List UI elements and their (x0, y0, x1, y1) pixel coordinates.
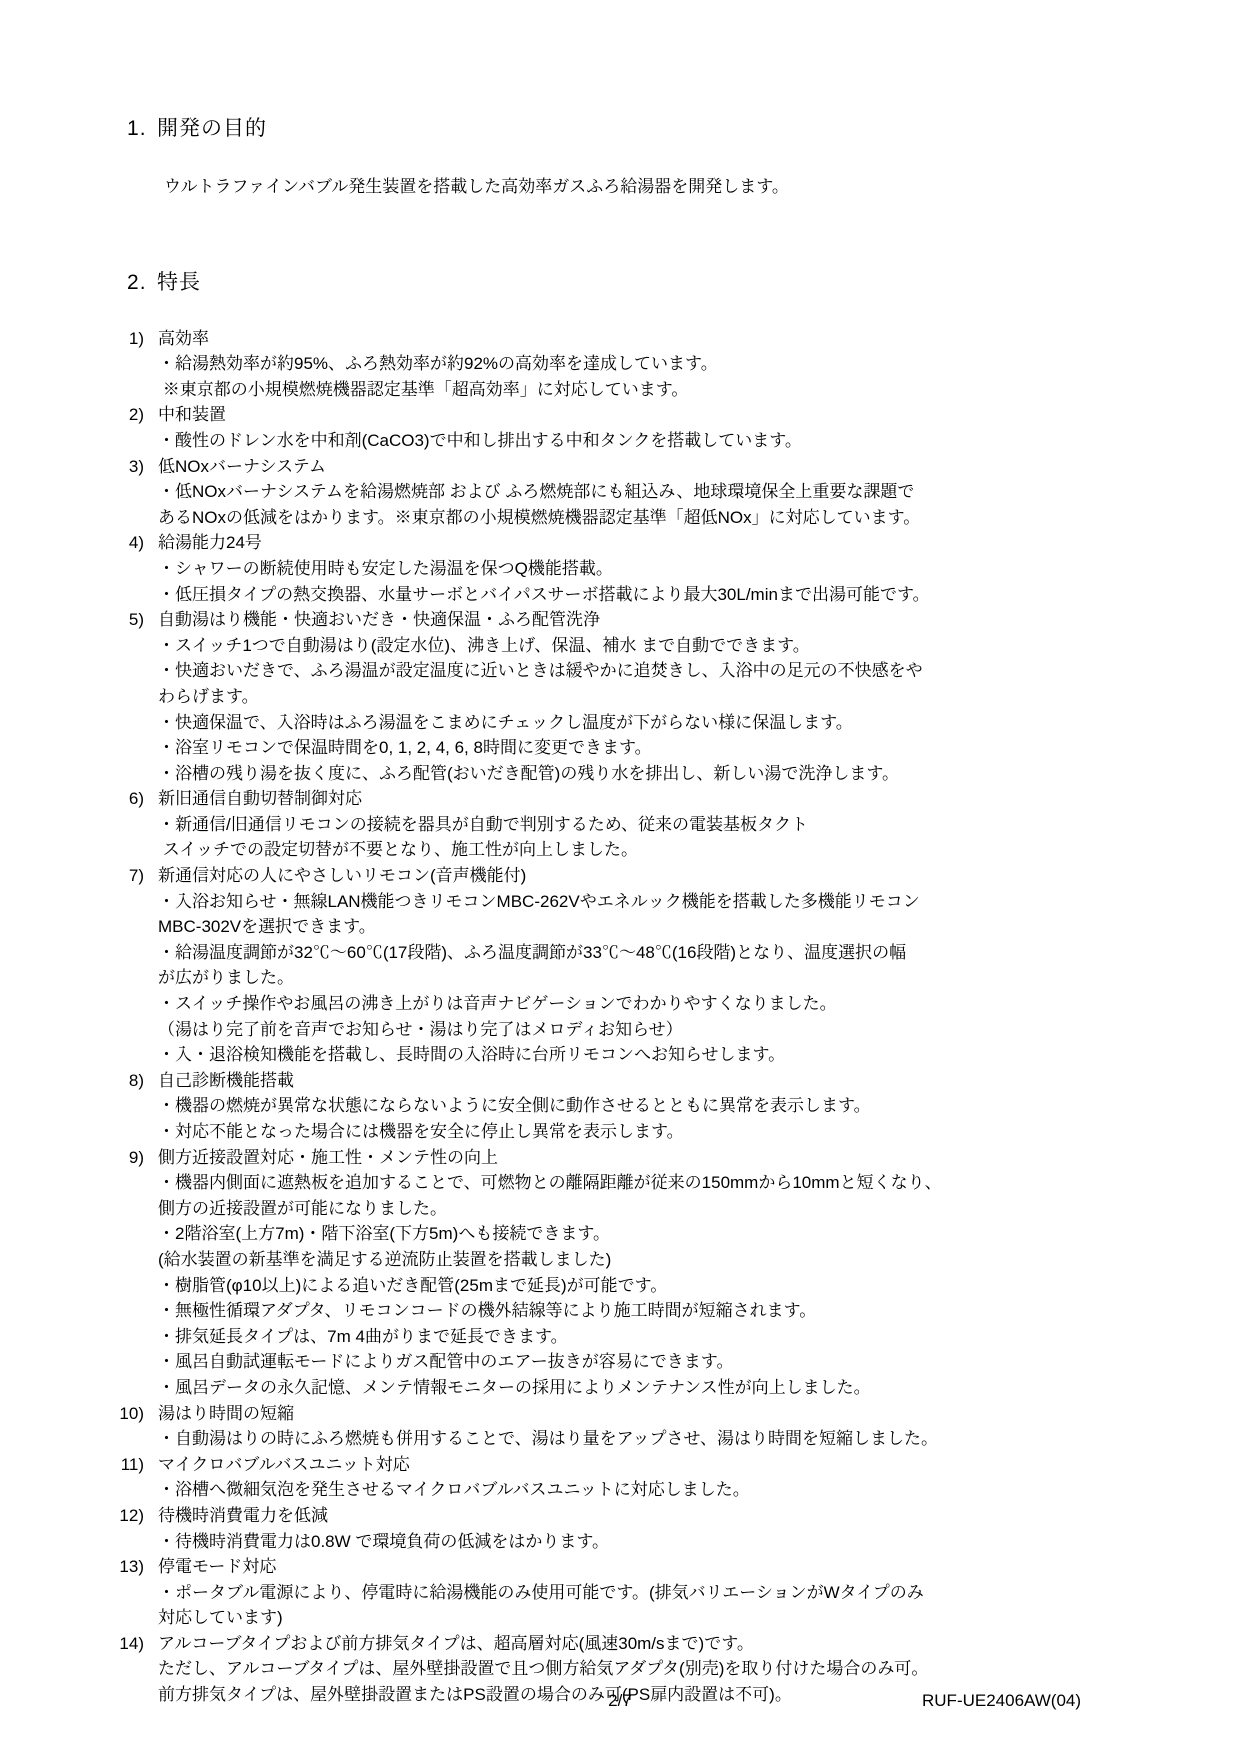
feature-line: わらげます。 (158, 684, 1240, 710)
feature-line: （湯はり完了前を音声でお知らせ・湯はり完了はメロディお知らせ） (158, 1017, 1240, 1043)
feature-line: ・入浴お知らせ・無線LAN機能つきリモコンMBC-262Vやエネルック機能を搭載… (158, 889, 1240, 915)
feature-item-title: 湯はり時間の短縮 (158, 1401, 1240, 1427)
doc-number: RUF-UE2406AW(04) (922, 1690, 1081, 1712)
feature-item: 10) 湯はり時間の短縮 ・自動湯はりの時にふろ燃焼も併用することで、湯はり量を… (0, 1401, 1240, 1452)
feature-item: 5) 自動湯はり機能・快適おいだき・快適保温・ふろ配管洗浄 ・スイッチ1つで自動… (0, 607, 1240, 786)
features-list: 1) 高効率 ・給湯熱効率が約95%、ふろ熱効率が約92%の高効率を達成していま… (0, 326, 1240, 1708)
feature-line: ・浴槽の残り湯を抜く度に、ふろ配管(おいだき配管)の残り水を排出し、新しい湯で洗… (158, 761, 1240, 787)
feature-item: 9) 側方近接設置対応・施工性・メンテ性の向上 ・機器内側面に遮熱板を追加するこ… (0, 1145, 1240, 1401)
document-page: 1.開発の目的 ウルトラファインバブル発生装置を搭載した高効率ガスふろ給湯器を開… (0, 0, 1240, 1754)
feature-item: 3) 低NOxバーナシステム ・低NOxバーナシステムを給湯燃焼部 および ふろ… (0, 454, 1240, 531)
feature-line: あるNOxの低減をはかります。※東京都の小規模燃焼機器認定基準「超低NOx」に対… (158, 505, 1240, 531)
feature-line: ・酸性のドレン水を中和剤(CaCO3)で中和し排出する中和タンクを搭載しています… (158, 428, 1240, 454)
feature-item-title: アルコーブタイプおよび前方排気タイプは、超高層対応(風速30m/sまで)です。 (158, 1631, 1240, 1657)
feature-line: ・対応不能となった場合には機器を安全に停止し異常を表示します。 (158, 1119, 1240, 1145)
feature-line: ・スイッチ操作やお風呂の沸き上がりは音声ナビゲーションでわかりやすくなりました。 (158, 991, 1240, 1017)
feature-item-title: 中和装置 (158, 402, 1240, 428)
feature-item-body: 湯はり時間の短縮 ・自動湯はりの時にふろ燃焼も併用することで、湯はり量をアップさ… (158, 1401, 1240, 1452)
feature-item-number: 5) (100, 607, 158, 633)
feature-line: ・風呂自動試運転モードによりガス配管中のエアー抜きが容易にできます。 (158, 1349, 1240, 1375)
feature-line: ・自動湯はりの時にふろ燃焼も併用することで、湯はり量をアップさせ、湯はり時間を短… (158, 1426, 1240, 1452)
feature-item-number: 13) (100, 1554, 158, 1580)
section-2-title: 特長 (157, 271, 201, 294)
feature-line: ・入・退浴検知機能を搭載し、長時間の入浴時に台所リモコンへお知らせします。 (158, 1042, 1240, 1068)
feature-line: ・風呂データの永久記憶、メンテ情報モニターの採用によりメンテナンス性が向上しまし… (158, 1375, 1240, 1401)
feature-item-body: マイクロバブルバスユニット対応 ・浴槽へ微細気泡を発生させるマイクロバブルバスユ… (158, 1452, 1240, 1503)
feature-item-number: 10) (100, 1401, 158, 1427)
feature-line: ・新通信/旧通信リモコンの接続を器具が自動で判別するため、従来の電装基板タクト (158, 812, 1240, 838)
feature-item: 8) 自己診断機能搭載 ・機器の燃焼が異常な状態にならないように安全側に動作させ… (0, 1068, 1240, 1145)
feature-line: 側方の近接設置が可能になりました。 (158, 1196, 1240, 1222)
feature-item-body: 高効率 ・給湯熱効率が約95%、ふろ熱効率が約92%の高効率を達成しています。 … (158, 326, 1240, 403)
feature-line: ・シャワーの断続使用時も安定した湯温を保つQ機能搭載。 (158, 556, 1240, 582)
feature-item-title: 停電モード対応 (158, 1554, 1240, 1580)
feature-line: ・無極性循環アダプタ、リモコンコードの機外結線等により施工時間が短縮されます。 (158, 1298, 1240, 1324)
feature-item: 13) 停電モード対応 ・ポータブル電源により、停電時に給湯機能のみ使用可能です… (0, 1554, 1240, 1631)
feature-line: ・快適保温で、入浴時はふろ湯温をこまめにチェックし温度が下がらない様に保温します… (158, 710, 1240, 736)
feature-line: ・ポータブル電源により、停電時に給湯機能のみ使用可能です。(排気バリエーションが… (158, 1580, 1240, 1606)
feature-line: ・給湯熱効率が約95%、ふろ熱効率が約92%の高効率を達成しています。 (158, 351, 1240, 377)
feature-item-number: 8) (100, 1068, 158, 1094)
section-1-title: 開発の目的 (157, 117, 267, 140)
feature-line: スイッチでの設定切替が不要となり、施工性が向上しました。 (158, 837, 1240, 863)
feature-line: が広がりました。 (158, 965, 1240, 991)
feature-item-title: 自動湯はり機能・快適おいだき・快適保温・ふろ配管洗浄 (158, 607, 1240, 633)
section-2-number: 2. (127, 269, 157, 296)
feature-line: ただし、アルコーブタイプは、屋外壁掛設置で且つ側方給気アダプタ(別売)を取り付け… (158, 1656, 1240, 1682)
feature-line: ・待機時消費電力は0.8W で環境負荷の低減をはかります。 (158, 1529, 1240, 1555)
feature-item-number: 12) (100, 1503, 158, 1529)
feature-line: ・樹脂管(φ10以上)による追いだき配管(25mまで延長)が可能です。 (158, 1273, 1240, 1299)
feature-item: 1) 高効率 ・給湯熱効率が約95%、ふろ熱効率が約92%の高効率を達成していま… (0, 326, 1240, 403)
feature-item-body: 新通信対応の人にやさしいリモコン(音声機能付) ・入浴お知らせ・無線LAN機能つ… (158, 863, 1240, 1068)
feature-item: 2) 中和装置 ・酸性のドレン水を中和剤(CaCO3)で中和し排出する中和タンク… (0, 402, 1240, 453)
feature-line: MBC-302Vを選択できます。 (158, 914, 1240, 940)
document-content: 1.開発の目的 ウルトラファインバブル発生装置を搭載した高効率ガスふろ給湯器を開… (0, 0, 1240, 1708)
feature-item-number: 1) (100, 326, 158, 352)
feature-line: ・排気延長タイプは、7m 4曲がりまで延長できます。 (158, 1324, 1240, 1350)
feature-item-number: 14) (100, 1631, 158, 1657)
feature-item-title: 給湯能力24号 (158, 530, 1240, 556)
feature-line: ・機器内側面に遮熱板を追加することで、可燃物との離隔距離が従来の150mmから1… (158, 1170, 1240, 1196)
feature-item: 7) 新通信対応の人にやさしいリモコン(音声機能付) ・入浴お知らせ・無線LAN… (0, 863, 1240, 1068)
feature-item: 6) 新旧通信自動切替制御対応 ・新通信/旧通信リモコンの接続を器具が自動で判別… (0, 786, 1240, 863)
feature-line: ・浴槽へ微細気泡を発生させるマイクロバブルバスユニットに対応しました。 (158, 1477, 1240, 1503)
feature-line: 対応しています) (158, 1605, 1240, 1631)
feature-line: ・2階浴室(上方7m)・階下浴室(下方5m)へも接続できます。 (158, 1221, 1240, 1247)
feature-item-number: 6) (100, 786, 158, 812)
feature-line: ・給湯温度調節が32℃～60℃(17段階)、ふろ温度調節が33℃～48℃(16段… (158, 940, 1240, 966)
feature-line: ※東京都の小規模燃焼機器認定基準「超高効率」に対応しています。 (158, 377, 1240, 403)
feature-item-body: 中和装置 ・酸性のドレン水を中和剤(CaCO3)で中和し排出する中和タンクを搭載… (158, 402, 1240, 453)
feature-item-title: マイクロバブルバスユニット対応 (158, 1452, 1240, 1478)
section-1-number: 1. (127, 115, 157, 142)
feature-item-body: 待機時消費電力を低減 ・待機時消費電力は0.8W で環境負荷の低減をはかります。 (158, 1503, 1240, 1554)
feature-item-body: 自動湯はり機能・快適おいだき・快適保温・ふろ配管洗浄 ・スイッチ1つで自動湯はり… (158, 607, 1240, 786)
feature-item-body: 新旧通信自動切替制御対応 ・新通信/旧通信リモコンの接続を器具が自動で判別するた… (158, 786, 1240, 863)
feature-item-title: 待機時消費電力を低減 (158, 1503, 1240, 1529)
feature-item-body: 停電モード対応 ・ポータブル電源により、停電時に給湯機能のみ使用可能です。(排気… (158, 1554, 1240, 1631)
feature-item-title: 新通信対応の人にやさしいリモコン(音声機能付) (158, 863, 1240, 889)
feature-item-number: 2) (100, 402, 158, 428)
feature-item-title: 自己診断機能搭載 (158, 1068, 1240, 1094)
feature-item-title: 高効率 (158, 326, 1240, 352)
feature-item-number: 11) (100, 1452, 158, 1478)
feature-item-title: 低NOxバーナシステム (158, 454, 1240, 480)
feature-line: ・機器の燃焼が異常な状態にならないように安全側に動作させるとともに異常を表示しま… (158, 1093, 1240, 1119)
feature-item-body: 低NOxバーナシステム ・低NOxバーナシステムを給湯燃焼部 および ふろ燃焼部… (158, 454, 1240, 531)
purpose-text: ウルトラファインバブル発生装置を搭載した高効率ガスふろ給湯器を開発します。 (164, 174, 1240, 200)
feature-item-body: 自己診断機能搭載 ・機器の燃焼が異常な状態にならないように安全側に動作させるとと… (158, 1068, 1240, 1145)
feature-line: ・低NOxバーナシステムを給湯燃焼部 および ふろ燃焼部にも組込み、地球環境保全… (158, 479, 1240, 505)
feature-item: 4) 給湯能力24号 ・シャワーの断続使用時も安定した湯温を保つQ機能搭載。 ・… (0, 530, 1240, 607)
feature-line: (給水装置の新基準を満足する逆流防止装置を搭載しました) (158, 1247, 1240, 1273)
feature-item-title: 側方近接設置対応・施工性・メンテ性の向上 (158, 1145, 1240, 1171)
feature-line: ・浴室リモコンで保温時間を0, 1, 2, 4, 6, 8時間に変更できます。 (158, 735, 1240, 761)
feature-item-body: 給湯能力24号 ・シャワーの断続使用時も安定した湯温を保つQ機能搭載。 ・低圧損… (158, 530, 1240, 607)
feature-item-number: 7) (100, 863, 158, 889)
section-1-heading: 1.開発の目的 (86, 88, 1240, 169)
feature-line: ・スイッチ1つで自動湯はり(設定水位)、沸き上げ、保温、補水 まで自動でできます… (158, 633, 1240, 659)
feature-item-number: 3) (100, 454, 158, 480)
feature-line: ・低圧損タイプの熱交換器、水量サーボとバイパスサーボ搭載により最大30L/min… (158, 582, 1240, 608)
feature-item-number: 4) (100, 530, 158, 556)
feature-item-body: 側方近接設置対応・施工性・メンテ性の向上 ・機器内側面に遮熱板を追加することで、… (158, 1145, 1240, 1401)
feature-item: 12) 待機時消費電力を低減 ・待機時消費電力は0.8W で環境負荷の低減をはか… (0, 1503, 1240, 1554)
feature-item-number: 9) (100, 1145, 158, 1171)
section-2-heading: 2.特長 (86, 242, 1240, 323)
feature-item-title: 新旧通信自動切替制御対応 (158, 786, 1240, 812)
feature-line: ・快適おいだきで、ふろ湯温が設定温度に近いときは緩やかに追焚きし、入浴中の足元の… (158, 658, 1240, 684)
feature-item: 11) マイクロバブルバスユニット対応 ・浴槽へ微細気泡を発生させるマイクロバブ… (0, 1452, 1240, 1503)
